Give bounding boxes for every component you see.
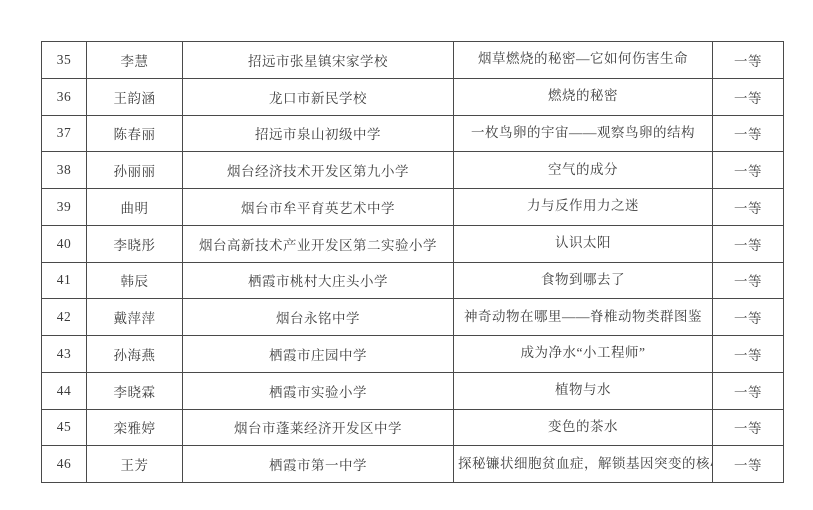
table-row: 38孙丽丽烟台经济技术开发区第九小学空气的成分一等 xyxy=(42,152,784,189)
cell-school: 栖霞市第一中学 xyxy=(183,446,454,483)
table-row: 39曲明烟台市牟平育英艺术中学力与反作用力之迷一等 xyxy=(42,189,784,226)
cell-topic: 一枚鸟卵的宇宙——观察鸟卵的结构 xyxy=(454,115,713,152)
cell-name: 李慧 xyxy=(87,42,183,79)
cell-award: 一等 xyxy=(713,152,784,189)
table-row: 36王韵涵龙口市新民学校燃烧的秘密一等 xyxy=(42,78,784,115)
cell-school: 烟台经济技术开发区第九小学 xyxy=(183,152,454,189)
cell-name: 王芳 xyxy=(87,446,183,483)
cell-topic: 食物到哪去了 xyxy=(454,262,713,299)
cell-number: 46 xyxy=(42,446,87,483)
cell-number: 35 xyxy=(42,42,87,79)
cell-school: 招远市张星镇宋家学校 xyxy=(183,42,454,79)
cell-school: 栖霞市桃村大庄头小学 xyxy=(183,262,454,299)
table-row: 44李晓霖栖霞市实验小学植物与水一等 xyxy=(42,372,784,409)
cell-number: 45 xyxy=(42,409,87,446)
table-row: 35李慧招远市张星镇宋家学校烟草燃烧的秘密—它如何伤害生命一等 xyxy=(42,42,784,79)
cell-topic: 燃烧的秘密 xyxy=(454,78,713,115)
cell-topic: 成为净水“小工程师” xyxy=(454,336,713,373)
cell-award: 一等 xyxy=(713,409,784,446)
cell-topic: 神奇动物在哪里——脊椎动物类群图鉴 xyxy=(454,299,713,336)
cell-topic: 变色的茶水 xyxy=(454,409,713,446)
cell-award: 一等 xyxy=(713,299,784,336)
cell-award: 一等 xyxy=(713,78,784,115)
cell-number: 41 xyxy=(42,262,87,299)
cell-name: 李晓霖 xyxy=(87,372,183,409)
cell-name: 李晓彤 xyxy=(87,225,183,262)
cell-school: 招远市泉山初级中学 xyxy=(183,115,454,152)
cell-name: 曲明 xyxy=(87,189,183,226)
award-table-body: 35李慧招远市张星镇宋家学校烟草燃烧的秘密—它如何伤害生命一等36王韵涵龙口市新… xyxy=(42,42,784,483)
cell-name: 韩辰 xyxy=(87,262,183,299)
cell-school: 烟台高新技术产业开发区第二实验小学 xyxy=(183,225,454,262)
cell-award: 一等 xyxy=(713,446,784,483)
table-row: 37陈春丽招远市泉山初级中学一枚鸟卵的宇宙——观察鸟卵的结构一等 xyxy=(42,115,784,152)
cell-name: 栾雅婷 xyxy=(87,409,183,446)
table-row: 46王芳栖霞市第一中学探秘镰状细胞贫血症，解锁基因突变的核心知识一等 xyxy=(42,446,784,483)
table-row: 42戴萍萍烟台永铭中学神奇动物在哪里——脊椎动物类群图鉴一等 xyxy=(42,299,784,336)
table-row: 41韩辰栖霞市桃村大庄头小学食物到哪去了一等 xyxy=(42,262,784,299)
cell-award: 一等 xyxy=(713,336,784,373)
cell-school: 栖霞市实验小学 xyxy=(183,372,454,409)
cell-number: 37 xyxy=(42,115,87,152)
cell-school: 栖霞市庄园中学 xyxy=(183,336,454,373)
cell-topic: 探秘镰状细胞贫血症，解锁基因突变的核心知识 xyxy=(454,446,713,483)
cell-topic: 力与反作用力之迷 xyxy=(454,189,713,226)
cell-number: 44 xyxy=(42,372,87,409)
cell-number: 38 xyxy=(42,152,87,189)
cell-topic: 认识太阳 xyxy=(454,225,713,262)
cell-school: 烟台市蓬莱经济开发区中学 xyxy=(183,409,454,446)
award-list-table: 35李慧招远市张星镇宋家学校烟草燃烧的秘密—它如何伤害生命一等36王韵涵龙口市新… xyxy=(41,41,784,483)
cell-number: 36 xyxy=(42,78,87,115)
cell-award: 一等 xyxy=(713,42,784,79)
cell-number: 42 xyxy=(42,299,87,336)
cell-topic: 烟草燃烧的秘密—它如何伤害生命 xyxy=(454,42,713,79)
cell-award: 一等 xyxy=(713,262,784,299)
cell-number: 39 xyxy=(42,189,87,226)
cell-number: 40 xyxy=(42,225,87,262)
table-row: 45栾雅婷烟台市蓬莱经济开发区中学变色的茶水一等 xyxy=(42,409,784,446)
cell-number: 43 xyxy=(42,336,87,373)
cell-award: 一等 xyxy=(713,189,784,226)
cell-name: 陈春丽 xyxy=(87,115,183,152)
table-row: 40李晓彤烟台高新技术产业开发区第二实验小学认识太阳一等 xyxy=(42,225,784,262)
cell-award: 一等 xyxy=(713,115,784,152)
cell-topic: 空气的成分 xyxy=(454,152,713,189)
cell-award: 一等 xyxy=(713,372,784,409)
cell-award: 一等 xyxy=(713,225,784,262)
cell-topic: 植物与水 xyxy=(454,372,713,409)
cell-name: 戴萍萍 xyxy=(87,299,183,336)
cell-school: 烟台永铭中学 xyxy=(183,299,454,336)
cell-name: 孙海燕 xyxy=(87,336,183,373)
cell-school: 龙口市新民学校 xyxy=(183,78,454,115)
table-row: 43孙海燕栖霞市庄园中学成为净水“小工程师”一等 xyxy=(42,336,784,373)
cell-school: 烟台市牟平育英艺术中学 xyxy=(183,189,454,226)
cell-name: 王韵涵 xyxy=(87,78,183,115)
cell-name: 孙丽丽 xyxy=(87,152,183,189)
scanned-award-list-page: 35李慧招远市张星镇宋家学校烟草燃烧的秘密—它如何伤害生命一等36王韵涵龙口市新… xyxy=(0,0,813,510)
